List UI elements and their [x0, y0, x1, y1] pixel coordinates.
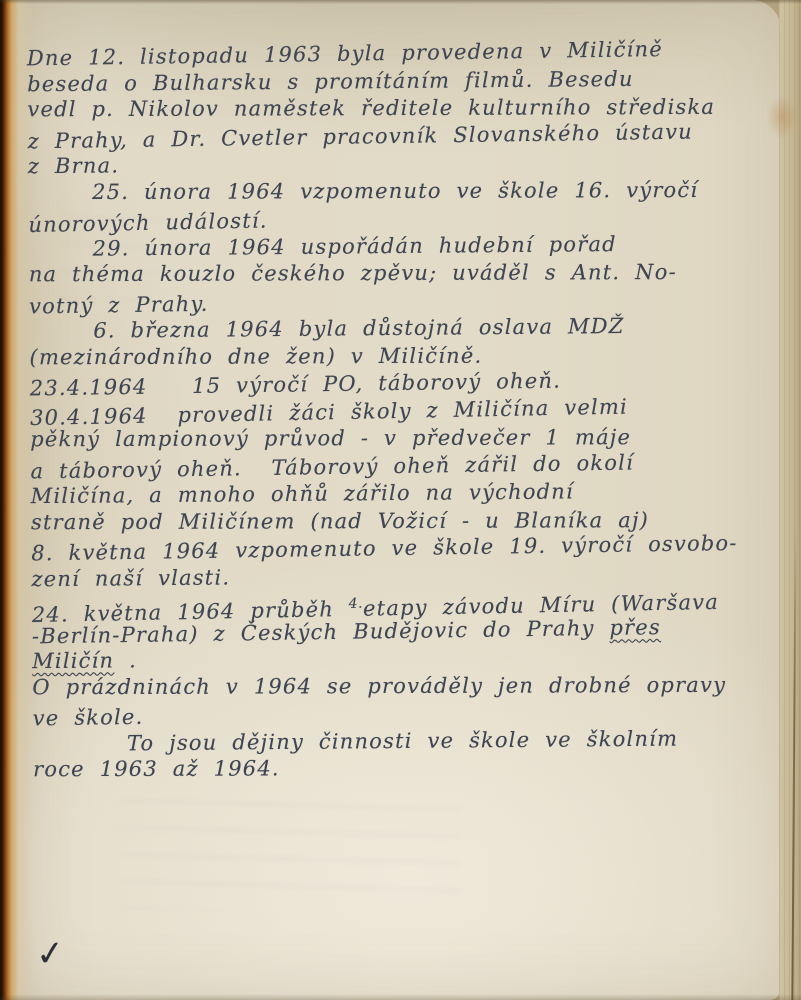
- text-segment: únorových událostí.: [28, 208, 268, 237]
- text-segment: pěkný lampionový průvod - v předvečer 1 …: [30, 425, 631, 451]
- text-segment: (mezinárodního dne žen) v Miličíně.: [29, 343, 482, 369]
- text-segment: zení naší vlasti.: [31, 565, 230, 591]
- text-segment: O prázdninách v 1964 se prováděly jen dr…: [32, 672, 726, 698]
- chronicle-photo: Dne 12. listopadu 1963 byla provedena v …: [0, 0, 801, 1000]
- manuscript-line: roce 1963 až 1964.: [33, 754, 764, 784]
- text-segment: 4.: [349, 596, 364, 612]
- underlined-word: přes: [609, 615, 661, 640]
- text-segment: To jsou dějiny činnosti ve škole ve škol…: [127, 726, 678, 755]
- text-segment: votný z Prahy.: [29, 291, 209, 318]
- text-segment: vedl p. Nikolov naměstek ředitele kultur…: [27, 95, 715, 121]
- text-segment: 25. února 1964 vzpomenuto ve škole 16. v…: [92, 177, 698, 203]
- text-segment: roce 1963 až 1964.: [33, 756, 280, 781]
- text-segment: a táborový oheň. Táborový oheň zářil do …: [30, 450, 634, 483]
- paper-stain: [767, 96, 797, 138]
- manuscript: Dne 12. listopadu 1963 byla provedena v …: [27, 37, 764, 786]
- bottom-edge-shadow: [0, 994, 801, 1000]
- text-segment: ve škole.: [32, 705, 143, 731]
- checkmark-mark: ✓: [34, 933, 67, 976]
- text-segment: na théma kouzlo českého zpěvu; uváděl s …: [29, 260, 677, 286]
- top-edge-shadow: [0, 0, 801, 4]
- text-segment: z Brna.: [28, 153, 120, 178]
- page-stack-edge: [779, 0, 801, 1000]
- text-segment: .: [114, 648, 137, 672]
- text-segment: straně pod Miličínem (nad Vožicí - u Bla…: [31, 508, 649, 534]
- underlined-word: Miličín: [32, 648, 114, 673]
